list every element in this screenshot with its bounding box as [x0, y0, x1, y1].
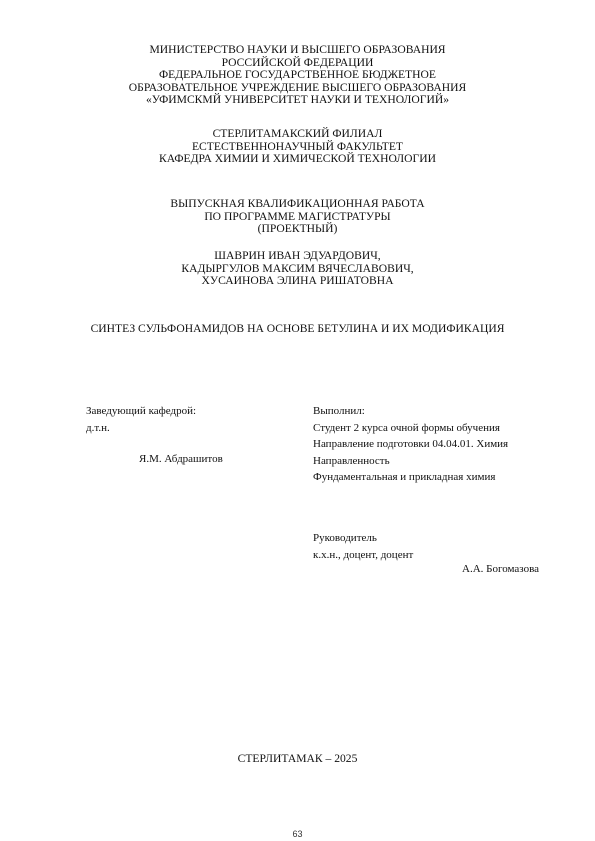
performed-line: Студент 2 курса очной формы обучения [313, 420, 508, 437]
author-line: ХУСАИНОВА ЭЛИНА РИШАТОВНА [0, 275, 595, 288]
supervisor-degree: к.х.н., доцент, доцент [313, 547, 413, 564]
head-degree: д.т.н. [86, 420, 196, 437]
city-year-text: СТЕРЛИТАМАК – 2025 [0, 753, 595, 766]
authors-block: ШАВРИН ИВАН ЭДУАРДОВИЧ, КАДЫРГУЛОВ МАКСИ… [0, 250, 595, 288]
author-line: ШАВРИН ИВАН ЭДУАРДОВИЧ, [0, 250, 595, 263]
work-type-line: ВЫПУСКНАЯ КВАЛИФИКАЦИОННАЯ РАБОТА [0, 198, 595, 211]
branch-line: СТЕРЛИТАМАКСКИЙ ФИЛИАЛ [0, 128, 595, 141]
header-line: ФЕДЕРАЛЬНОЕ ГОСУДАРСТВЕННОЕ БЮДЖЕТНОЕ [0, 69, 595, 82]
head-of-department-block: Заведующий кафедрой: д.т.н. [86, 403, 196, 436]
performed-line: Направленность [313, 453, 508, 470]
city-year: СТЕРЛИТАМАК – 2025 [0, 753, 595, 766]
ministry-header: МИНИСТЕРСТВО НАУКИ И ВЫСШЕГО ОБРАЗОВАНИЯ… [0, 44, 595, 107]
thesis-title: СИНТЕЗ СУЛЬФОНАМИДОВ НА ОСНОВЕ БЕТУЛИНА … [0, 323, 595, 336]
head-role: Заведующий кафедрой: [86, 403, 196, 420]
page-number: 63 [0, 829, 595, 839]
supervisor-role: Руководитель [313, 530, 413, 547]
head-name: Я.М. Абдрашитов [139, 453, 223, 465]
performed-line: Фундаментальная и прикладная химия [313, 469, 508, 486]
thesis-title-text: СИНТЕЗ СУЛЬФОНАМИДОВ НА ОСНОВЕ БЕТУЛИНА … [0, 323, 595, 336]
supervisor-block: Руководитель к.х.н., доцент, доцент [313, 530, 413, 563]
supervisor-name: А.А. Богомазова [462, 563, 539, 575]
header-line: МИНИСТЕРСТВО НАУКИ И ВЫСШЕГО ОБРАЗОВАНИЯ [0, 44, 595, 57]
work-type-line: (ПРОЕКТНЫЙ) [0, 223, 595, 236]
performed-label: Выполнил: [313, 403, 508, 420]
work-type-block: ВЫПУСКНАЯ КВАЛИФИКАЦИОННАЯ РАБОТА ПО ПРО… [0, 198, 595, 236]
title-page: МИНИСТЕРСТВО НАУКИ И ВЫСШЕГО ОБРАЗОВАНИЯ… [0, 0, 595, 841]
performed-line: Направление подготовки 04.04.01. Химия [313, 436, 508, 453]
branch-line: КАФЕДРА ХИМИИ И ХИМИЧЕСКОЙ ТЕХНОЛОГИИ [0, 153, 595, 166]
header-line: «УФИМСКМЙ УНИВЕРСИТЕТ НАУКИ И ТЕХНОЛОГИЙ… [0, 94, 595, 107]
branch-block: СТЕРЛИТАМАКСКИЙ ФИЛИАЛ ЕСТЕСТВЕННОНАУЧНЫ… [0, 128, 595, 166]
performed-by-block: Выполнил: Студент 2 курса очной формы об… [313, 403, 508, 486]
